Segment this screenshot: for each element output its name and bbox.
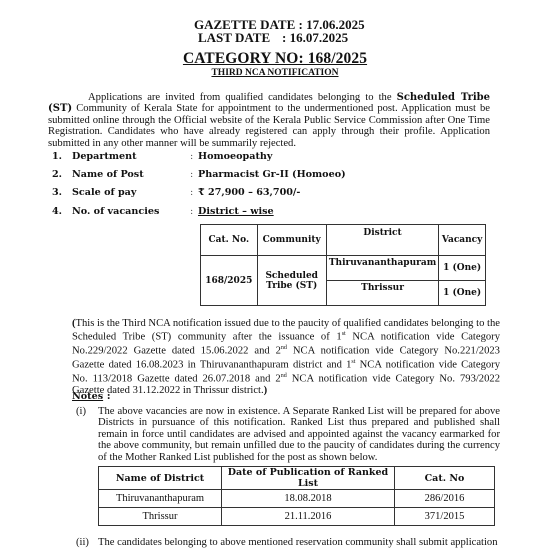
vacancy-cell: 1 (One) <box>439 256 486 281</box>
note-marker: (ii) <box>76 537 89 548</box>
detail-number: 3. <box>52 187 62 198</box>
note-marker: (i) <box>76 406 86 417</box>
vacancy-table: Cat. No. Community District Vacancy 168/… <box>200 224 486 306</box>
last-date-line: LAST DATE <box>198 31 270 45</box>
column-header: Cat. No <box>395 467 495 490</box>
last-date-label: LAST DATE <box>198 30 270 45</box>
column-header: Vacancy <box>439 225 486 256</box>
detail-label: Department <box>72 151 137 162</box>
column-header: Name of District <box>99 467 222 490</box>
last-date: 16.07.2025 <box>290 30 349 45</box>
cat-no-cell: 168/2025 <box>201 256 258 306</box>
detail-colon: : <box>190 187 193 198</box>
column-header: Community <box>257 225 326 256</box>
last-date-value-line: : 16.07.2025 <box>282 31 348 45</box>
ranked-list-table: Name of District Date of Publication of … <box>98 466 495 526</box>
table-header-row: Name of District Date of Publication of … <box>99 467 495 490</box>
notification-type: THIRD NCA NOTIFICATION <box>0 68 550 78</box>
detail-colon: : <box>190 151 193 162</box>
detail-label: Name of Post <box>72 169 144 180</box>
publication-date-cell: 21.11.2016 <box>222 508 395 526</box>
note-text: The above vacancies are now in existence… <box>98 406 500 463</box>
detail-colon: : <box>190 206 193 217</box>
column-header: Date of Publication of Ranked List <box>222 467 395 490</box>
detail-label: No. of vacancies <box>72 206 159 217</box>
category-title: CATEGORY NO: 168/2025 <box>0 50 550 68</box>
table-row: Thiruvananthapuram 18.08.2018 286/2016 <box>99 490 495 508</box>
detail-label: Scale of pay <box>72 187 136 198</box>
publication-date-cell: 18.08.2018 <box>222 490 395 508</box>
detail-number: 1. <box>52 151 62 162</box>
vacancy-cell: 1 (One) <box>439 281 486 306</box>
district-cell: Thrissur <box>99 508 222 526</box>
cat-no-cell: 371/2015 <box>395 508 495 526</box>
detail-value: Homoeopathy <box>198 151 272 162</box>
table-row: Thrissur 21.11.2016 371/2015 <box>99 508 495 526</box>
detail-value: ₹ 27,900 – 63,700/- <box>198 187 300 198</box>
district-cell: Thiruvananthapuram <box>326 256 438 281</box>
detail-value: District – wise <box>198 206 274 217</box>
detail-colon: : <box>190 169 193 180</box>
detail-value: Pharmacist Gr-II (Homoeo) <box>198 169 346 180</box>
notes-heading-text: Notes <box>72 391 103 402</box>
cat-no-cell: 286/2016 <box>395 490 495 508</box>
column-header: Cat. No. <box>201 225 258 256</box>
intro-text-before: Applications are invited from qualified … <box>88 92 397 103</box>
community-cell: Scheduled Tribe (ST) <box>257 256 326 306</box>
detail-number: 4. <box>52 206 62 217</box>
district-cell: Thiruvananthapuram <box>99 490 222 508</box>
nca-note-paragraph: (This is the Third NCA notification issu… <box>72 318 500 397</box>
table-header-row: Cat. No. Community District Vacancy <box>201 225 486 256</box>
intro-paragraph: Applications are invited from qualified … <box>48 92 490 149</box>
column-header: District <box>326 225 438 256</box>
table-row: 168/2025 Scheduled Tribe (ST) Thiruvanan… <box>201 256 486 281</box>
note-text: The candidates belonging to above mentio… <box>98 537 500 548</box>
intro-text-after: Community of Kerala State for appointmen… <box>48 103 490 148</box>
detail-number: 2. <box>52 169 62 180</box>
notes-heading: Notes : <box>72 390 111 402</box>
district-cell: Thrissur <box>326 281 438 306</box>
